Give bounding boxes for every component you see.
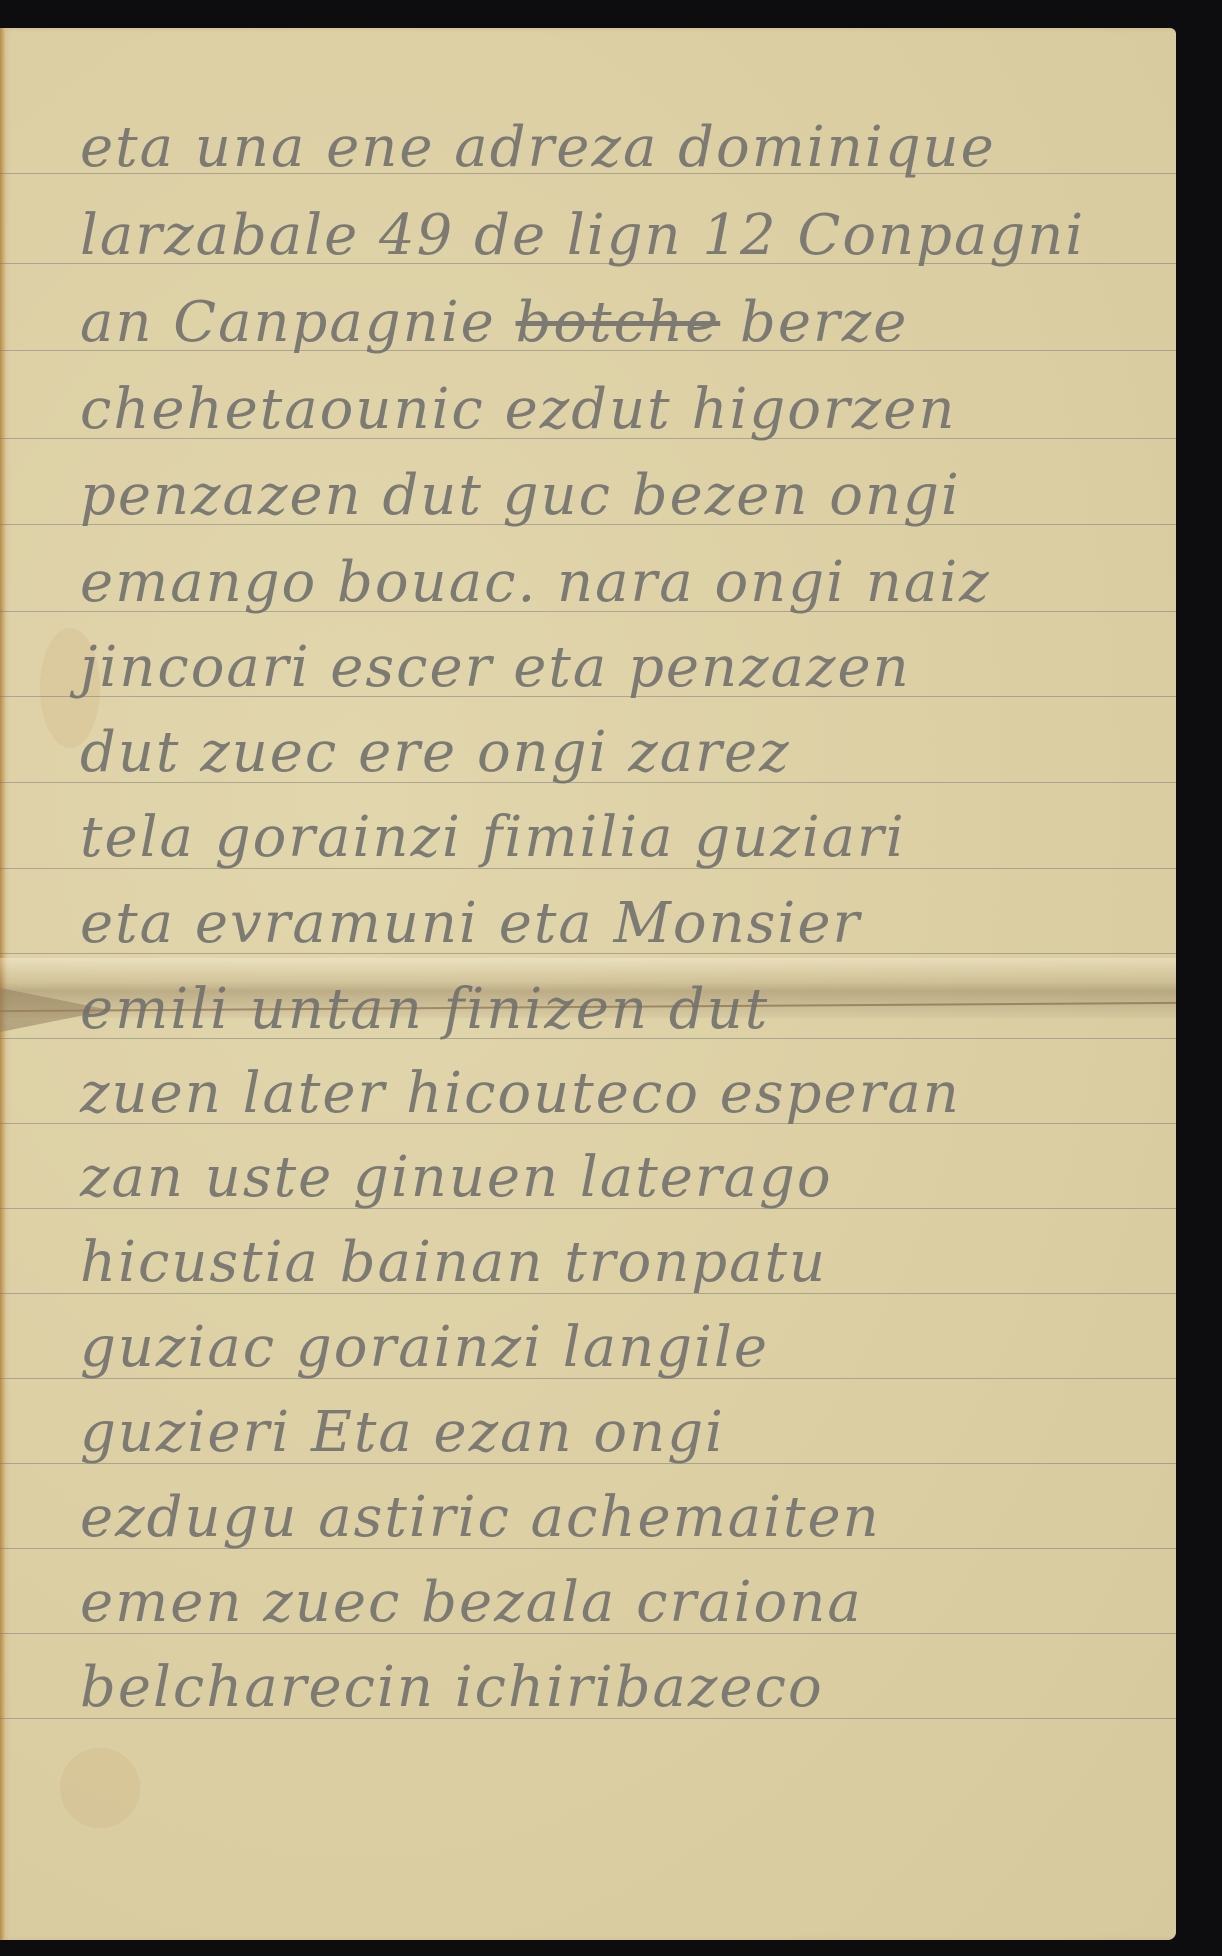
handwritten-line: hicustia bainan tronpatu	[80, 1233, 1116, 1293]
struck-word: botche	[516, 290, 721, 355]
handwritten-line: emen zuec bezala craiona	[80, 1573, 1116, 1633]
handwritten-line: larzabale 49 de lign 12 Conpagni	[80, 206, 1116, 266]
letter-page: eta una ene adreza dominique larzabale 4…	[0, 28, 1176, 1940]
line-text: berze	[740, 290, 908, 355]
handwritten-line: guziac gorainzi langile	[80, 1318, 1116, 1378]
handwritten-line: zan uste ginuen laterago	[80, 1148, 1116, 1208]
handwritten-line: dut zuec ere ongi zarez	[80, 723, 1116, 783]
line-text: an Canpagnie	[80, 290, 496, 355]
handwritten-line: belcharecin ichiribazeco	[80, 1658, 1116, 1718]
handwritten-line: tela gorainzi fimilia guziari	[80, 808, 1116, 868]
handwritten-line: emili untan finizen dut	[80, 980, 1116, 1040]
handwritten-line: chehetaounic ezdut higorzen	[80, 380, 1116, 440]
handwritten-line: penzazen dut guc bezen ongi	[80, 466, 1116, 526]
handwritten-line: eta evramuni eta Monsier	[80, 894, 1116, 954]
handwritten-line: jincoari escer eta penzazen	[80, 638, 1116, 698]
handwritten-line: eta una ene adreza dominique	[80, 118, 1116, 178]
handwritten-line: an Canpagnie botche berze	[80, 293, 1116, 353]
handwritten-line: ezdugu astiric achemaiten	[80, 1488, 1116, 1548]
handwritten-line: zuen later hicouteco esperan	[80, 1064, 1116, 1124]
handwritten-line: guzieri Eta ezan ongi	[80, 1403, 1116, 1463]
paper-stain	[60, 1748, 140, 1828]
handwritten-line: emango bouac. nara ongi naiz	[80, 553, 1116, 613]
